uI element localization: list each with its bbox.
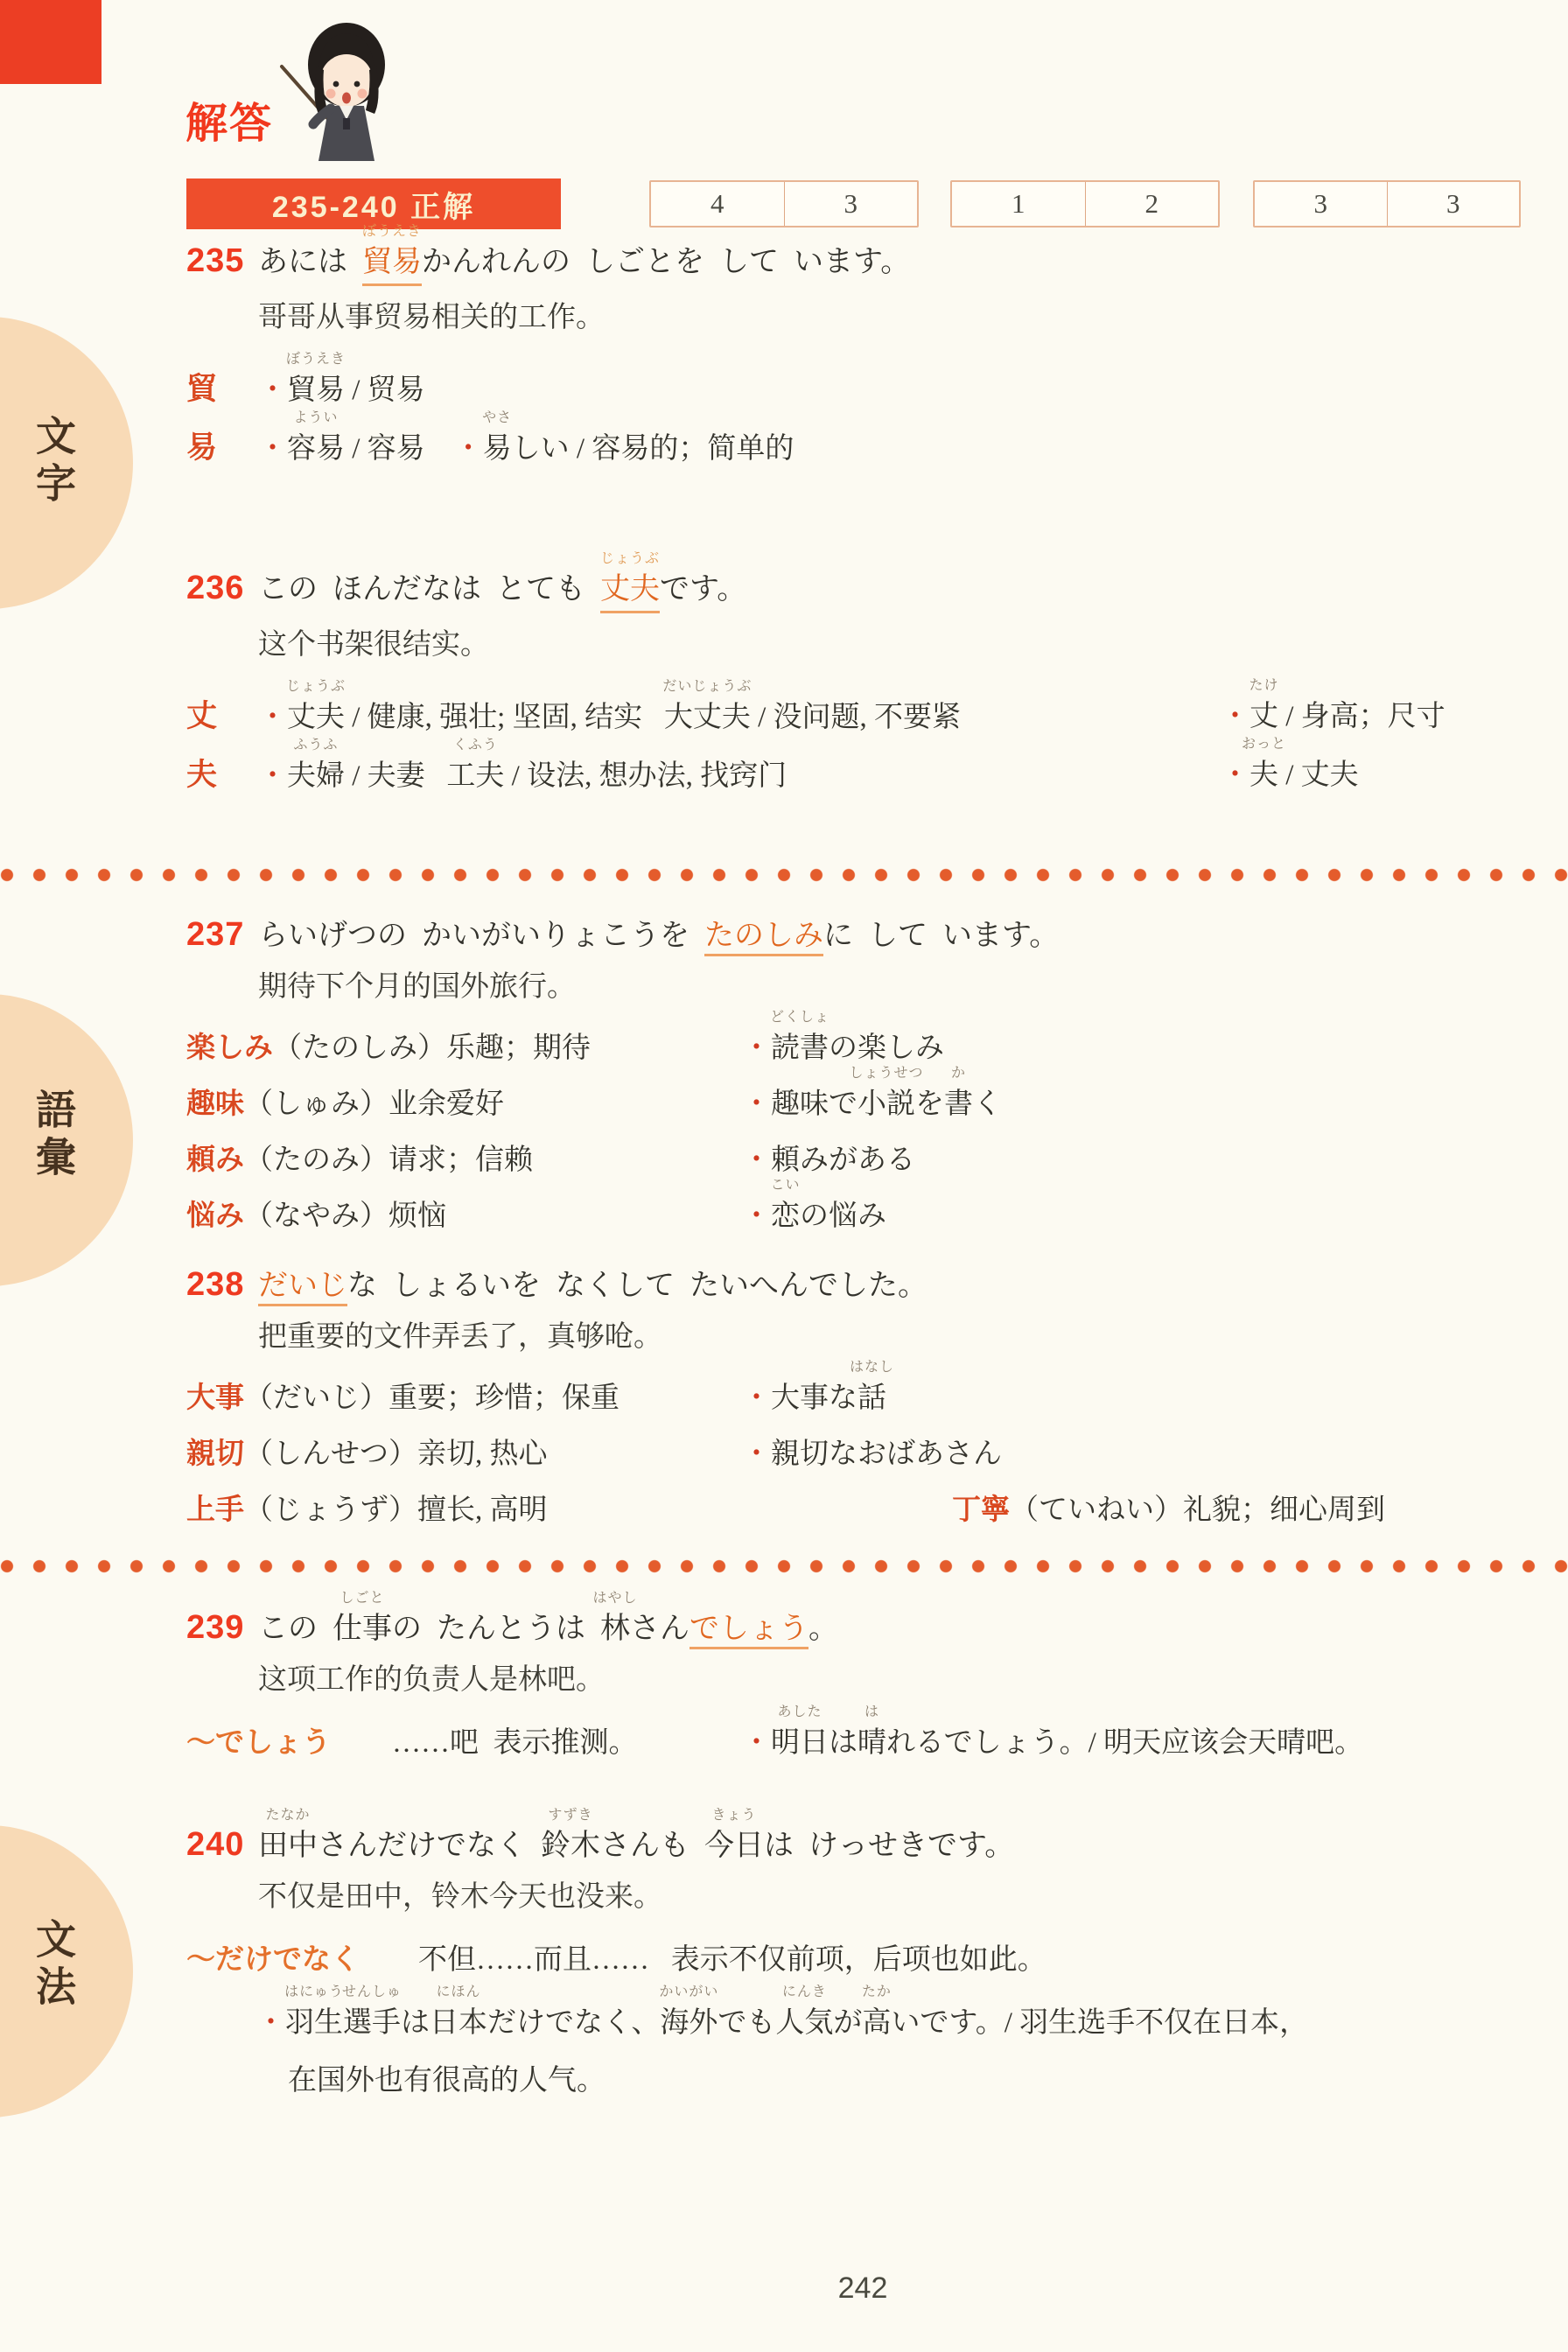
- word-definition: 上手（じょうず）擅长, 高明: [186, 1491, 742, 1529]
- word-definition: 趣味（しゅみ）业余爱好: [186, 1085, 742, 1123]
- question-sentence-row: 240 田中たなかさんだけでなく 鈴木すずきさんも 今日きょうは けっせきです。: [186, 1825, 1525, 1865]
- question-240: 240 田中たなかさんだけでなく 鈴木すずきさんも 今日きょうは けっせきです。…: [186, 1799, 1525, 2100]
- grammar-entry: ～だけでなく 不但……而且…… 表示不仅前项，后项也如此。: [186, 1941, 1525, 1979]
- question-238: 238 だいじな しょるいを なくして たいへんでした。 把重要的文件弄丢了，真…: [186, 1239, 1525, 1529]
- word-entry: 楽しみ（たのしみ）乐趣；期待 ・読書どくしょの楽しみ: [186, 1029, 1525, 1067]
- kanji-entry: 夫 ・夫婦ふうふ / 夫妻 工夫くふう / 设法, 想办法, 找窍门 ・夫おっと…: [186, 756, 1525, 795]
- question-sentence: らいげつの かいがいりょこうを たのしみに して います。: [258, 917, 1059, 955]
- dotted-separator-1: [0, 868, 1568, 882]
- kanji-usage: ・容易ようい / 容易 ・易やさしい / 容易的；简单的: [258, 430, 794, 468]
- kanji-usage: ・夫婦ふうふ / 夫妻 工夫くふう / 设法, 想办法, 找窍门: [258, 757, 787, 795]
- word-entry: 頼み（たのみ）请求；信赖 ・頼みがある: [186, 1141, 1525, 1179]
- question-sentence: 田中たなかさんだけでなく 鈴木すずきさんも 今日きょうは けっせきです。: [258, 1827, 1014, 1865]
- word-example: ・恋こいの悩み: [742, 1197, 1525, 1235]
- grammar-example: ・明日あしたは晴はれるでしょう。/ 明天应该会天晴吧。: [742, 1724, 1525, 1762]
- kanji-usage: ・丈夫じょうぶ / 健康, 强壮; 坚固, 结实 大丈夫だいじょうぶ / 没问题…: [258, 698, 961, 737]
- kanji-entry: 丈 ・丈夫じょうぶ / 健康, 强壮; 坚固, 结实 大丈夫だいじょうぶ / 没…: [186, 697, 1525, 737]
- question-sentence-row: 239 この 仕事しごとの たんとうは 林はやしさんでしょう。: [186, 1608, 1525, 1648]
- kanji-usage-right: ・丈たけ / 身高；尺寸: [1221, 697, 1445, 736]
- question-translation: 不仅是田中，铃木今天也没来。: [186, 1878, 1525, 1916]
- question-translation: 这项工作的负责人是林吧。: [186, 1661, 1525, 1699]
- question-number: 235: [186, 241, 258, 280]
- teacher-illustration: [278, 12, 409, 163]
- kanji-usage: ・貿易ぼうえき / 贸易: [258, 371, 425, 409]
- word-definition: 大事（だいじ）重要；珍惜；保重: [186, 1379, 742, 1417]
- question-number: 240: [186, 1825, 258, 1864]
- question-sentence: この ほんだなは とても 丈夫じょうぶです。: [258, 570, 746, 613]
- kanji-usage-right: ・夫おっと / 丈夫: [1221, 756, 1359, 794]
- question-sentence: あには 貿易ぼうえきかんれんの しごとを して います。: [258, 243, 910, 286]
- word-entry: 大事（だいじ）重要；珍惜；保重 ・大事な話はなし: [186, 1379, 1525, 1417]
- question-translation: 期待下个月的国外旅行。: [186, 968, 1525, 1006]
- word-entry: 趣味（しゅみ）业余爱好 ・趣味で小説しょうせつを書かく: [186, 1085, 1525, 1123]
- kanji-head: 丈: [186, 697, 258, 736]
- word-entry: 親切（しんせつ）亲切, 热心 ・親切なおばあさん: [186, 1435, 1525, 1473]
- word-entry: 上手（じょうず）擅长, 高明 丁寧（ていねい）礼貌；细心周到: [186, 1491, 1525, 1529]
- word-example: ・趣味で小説しょうせつを書かく: [742, 1085, 1525, 1123]
- word-example: ・頼みがある: [742, 1141, 1525, 1179]
- word-definition: 楽しみ（たのしみ）乐趣；期待: [186, 1029, 742, 1067]
- question-237: 237 らいげつの かいがいりょこうを たのしみに して います。 期待下个月的…: [186, 889, 1525, 1235]
- kanji-head: 夫: [186, 756, 258, 794]
- question-sentence-row: 235 あには 貿易ぼうえきかんれんの しごとを して います。: [186, 241, 1525, 286]
- section-label-bunpou: 文法: [24, 1918, 82, 2012]
- question-number: 238: [186, 1265, 258, 1304]
- word-definition: 親切（しんせつ）亲切, 热心: [186, 1435, 742, 1473]
- question-number: 239: [186, 1608, 258, 1647]
- question-236: 236 この ほんだなは とても 丈夫じょうぶです。 这个书架很结实。 丈 ・丈…: [186, 542, 1525, 795]
- section-label-goi: 語彙: [24, 1088, 82, 1183]
- question-number: 236: [186, 569, 258, 607]
- word-entry: 悩み（なやみ）烦恼 ・恋こいの悩み: [186, 1197, 1525, 1235]
- question-sentence: この 仕事しごとの たんとうは 林はやしさんでしょう。: [258, 1610, 838, 1648]
- kanji-head: 易: [186, 429, 258, 467]
- question-239: 239 この 仕事しごとの たんとうは 林はやしさんでしょう。 这项工作的负责人…: [186, 1582, 1525, 1762]
- kanji-head: 貿: [186, 370, 258, 409]
- word-example: ・大事な話はなし: [742, 1379, 1525, 1417]
- grammar-pattern: ～だけでなく: [186, 1941, 418, 1979]
- grammar-example: ・羽生はにゅう選手せんしゅは日本にほんだけでなく、海外かいがいでも人気にんきが高…: [186, 2004, 1525, 2042]
- page-title: 解答: [185, 89, 273, 150]
- page-edge-tab: [0, 0, 101, 84]
- question-sentence-row: 238 だいじな しょるいを なくして たいへんでした。: [186, 1265, 1525, 1305]
- question-235: 235 あには 貿易ぼうえきかんれんの しごとを して います。 哥哥从事贸易相…: [186, 215, 1525, 468]
- grammar-pattern: ～でしょう: [186, 1724, 392, 1762]
- textbook-page: 文字 語彙 文法 解答 235-240 正解 4 3 1 2 3 3 235: [0, 0, 1568, 2352]
- question-translation: 哥哥从事贸易相关的工作。: [186, 298, 1525, 337]
- word-example: ・親切なおばあさん: [742, 1435, 1525, 1473]
- grammar-example-continued: 在国外也有很高的人气。: [186, 2061, 1525, 2100]
- question-sentence-row: 237 らいげつの かいがいりょこうを たのしみに して います。: [186, 915, 1525, 955]
- page-number: 242: [157, 2271, 1568, 2306]
- word-definition: 悩み（なやみ）烦恼: [186, 1197, 742, 1235]
- question-translation: 把重要的文件弄丢了，真够呛。: [186, 1318, 1525, 1356]
- word-definition-2: 丁寧（ていねい）礼貌；细心周到: [952, 1491, 1525, 1529]
- question-translation: 这个书架很结实。: [186, 626, 1525, 664]
- question-number: 237: [186, 915, 258, 954]
- word-definition: 頼み（たのみ）请求；信赖: [186, 1141, 742, 1179]
- dotted-separator-2: [0, 1559, 1568, 1573]
- question-sentence-row: 236 この ほんだなは とても 丈夫じょうぶです。: [186, 569, 1525, 613]
- kanji-entry: 貿 ・貿易ぼうえき / 贸易: [186, 370, 1525, 409]
- word-example: ・読書どくしょの楽しみ: [742, 1029, 1525, 1067]
- section-label-moji: 文字: [24, 415, 82, 509]
- question-sentence: だいじな しょるいを なくして たいへんでした。: [258, 1267, 927, 1305]
- grammar-meaning: 不但……而且…… 表示不仅前项，后项也如此。: [418, 1941, 1046, 1979]
- grammar-entry: ～でしょう ……吧 表示推测。 ・明日あしたは晴はれるでしょう。/ 明天应该会天…: [186, 1724, 1525, 1762]
- grammar-meaning: ……吧 表示推测。: [392, 1724, 742, 1762]
- kanji-entry: 易 ・容易ようい / 容易 ・易やさしい / 容易的；简单的: [186, 429, 1525, 468]
